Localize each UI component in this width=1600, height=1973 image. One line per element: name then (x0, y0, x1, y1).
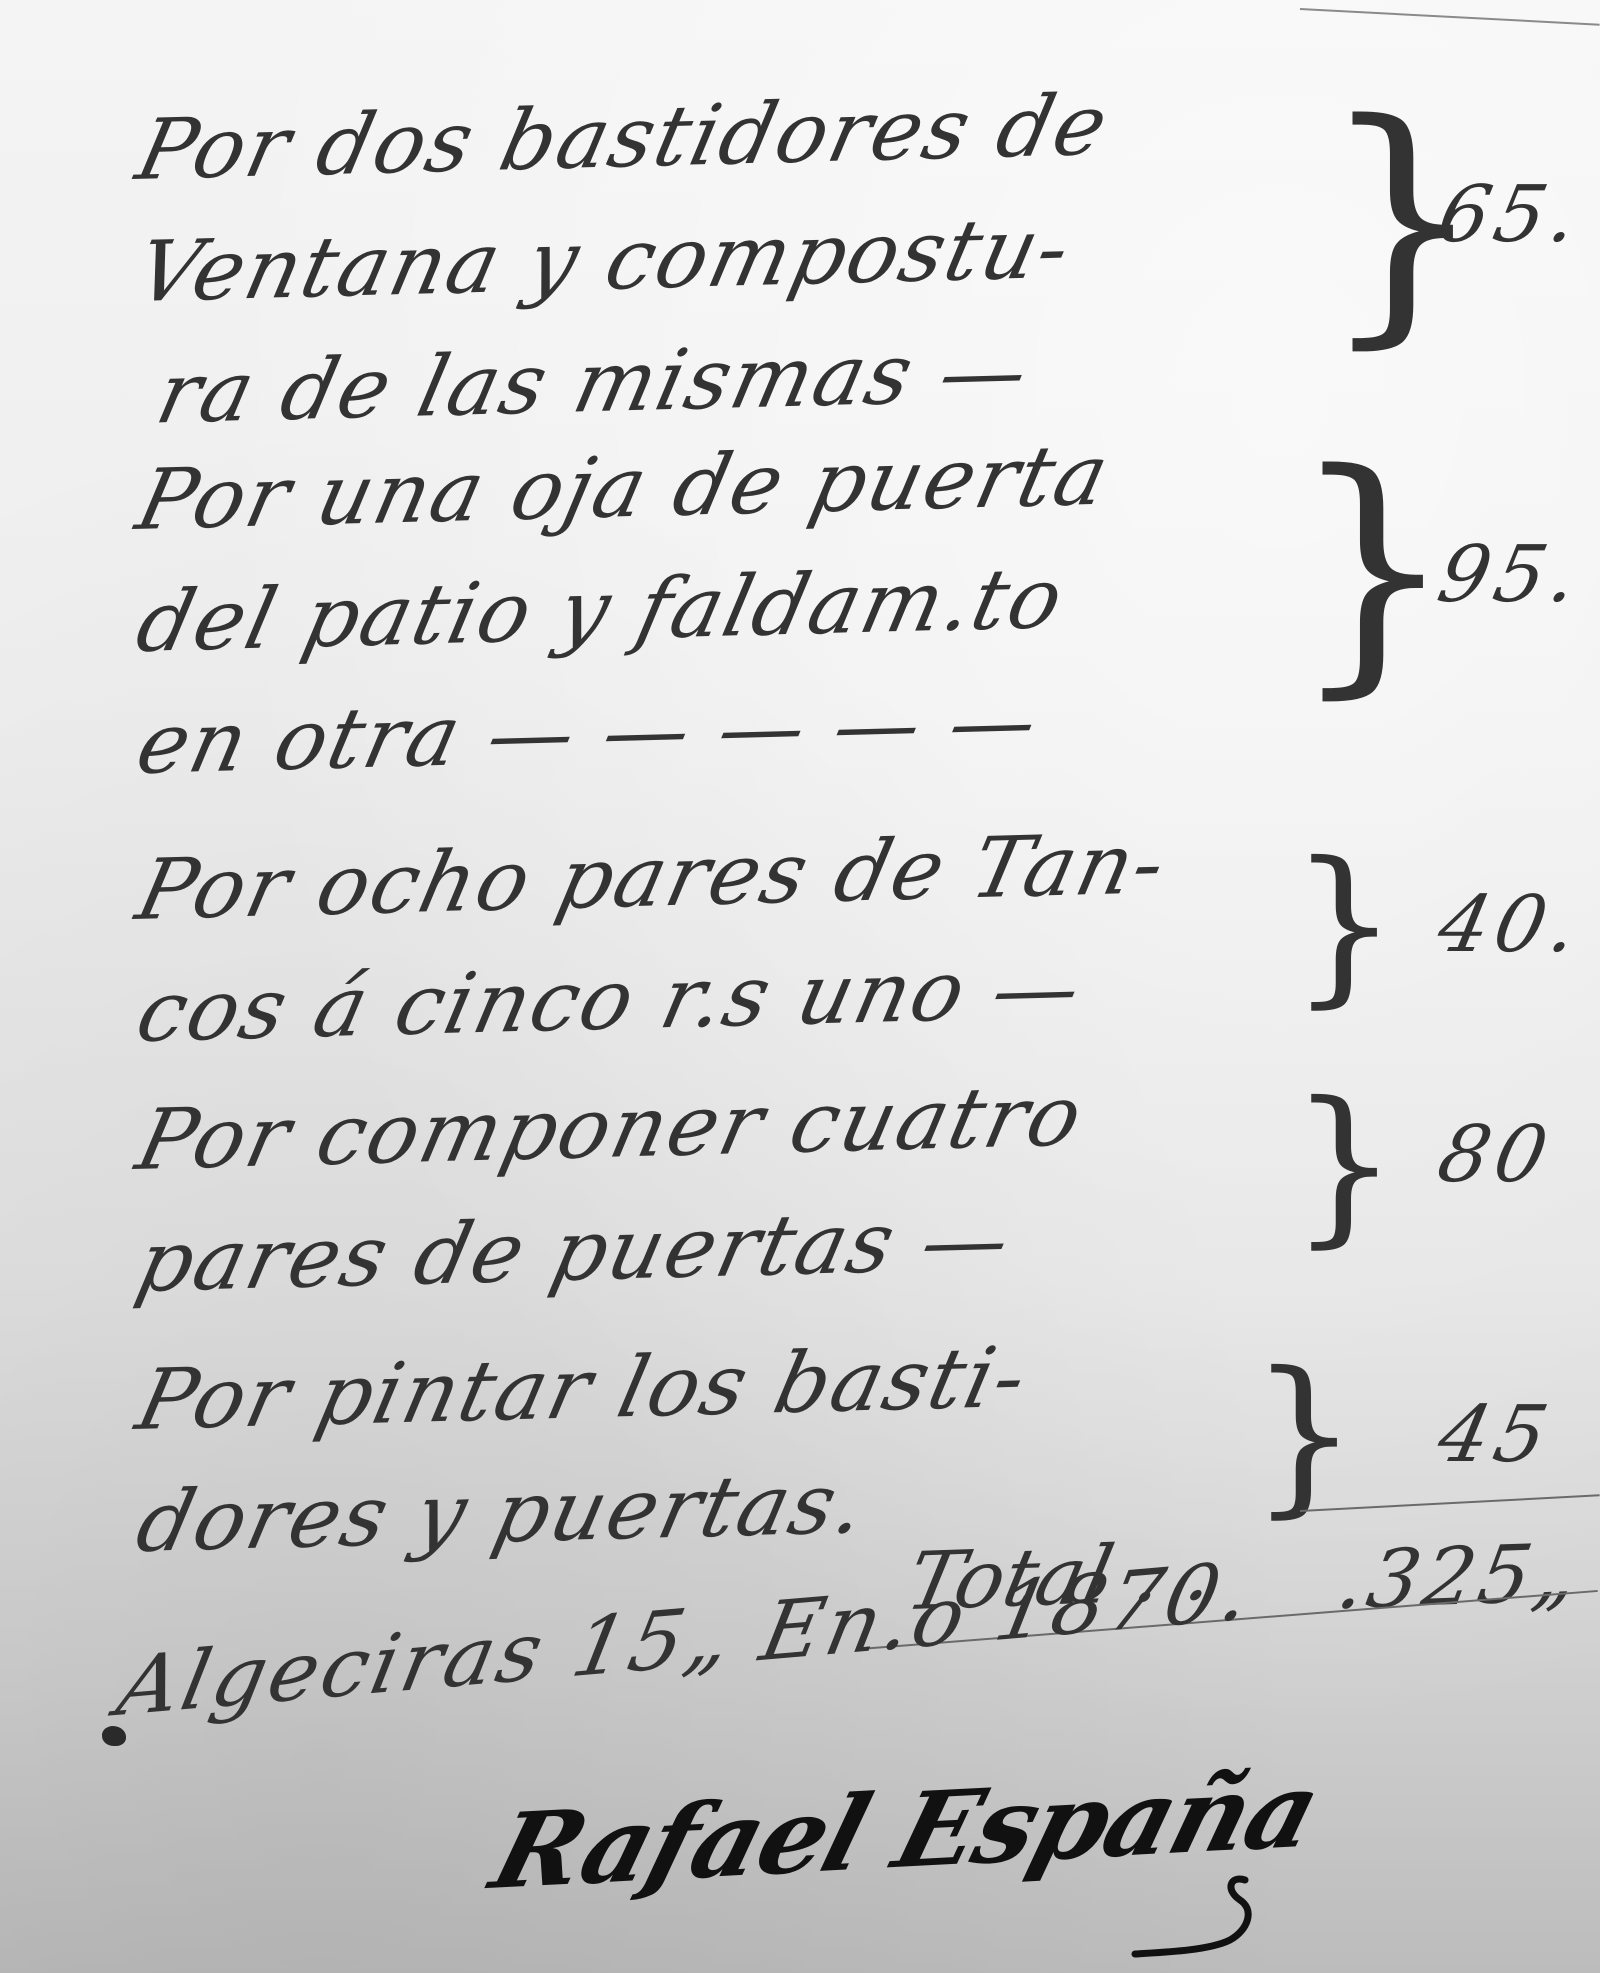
entry-amount: 65. (1430, 170, 1591, 260)
entry-amount: 45 (1430, 1390, 1560, 1480)
curly-brace-icon: } (1250, 1350, 1358, 1520)
curly-brace-icon: } (1290, 440, 1455, 700)
invoice-entry-3: Por ocho pares de Tan- cos á cinco r.s u… (130, 810, 1310, 1054)
curly-brace-icon: } (1290, 840, 1398, 1010)
signature-flourish-icon (1130, 1870, 1280, 1960)
invoice-entry-4: Por componer cuatro pares de puertas — (130, 1060, 1310, 1304)
invoice-entry-2: Por una oja de puerta del patio y faldam… (130, 420, 1310, 786)
entry-amount: 40. (1430, 880, 1591, 970)
curly-brace-icon: } (1290, 1080, 1398, 1250)
entry-amount: 80 (1430, 1110, 1560, 1200)
invoice-entry-1: Por dos bastidores de Ventana y compostu… (130, 70, 1310, 436)
entry-amount: 95. (1430, 530, 1591, 620)
total-amount: .325„ (1331, 1526, 1589, 1627)
